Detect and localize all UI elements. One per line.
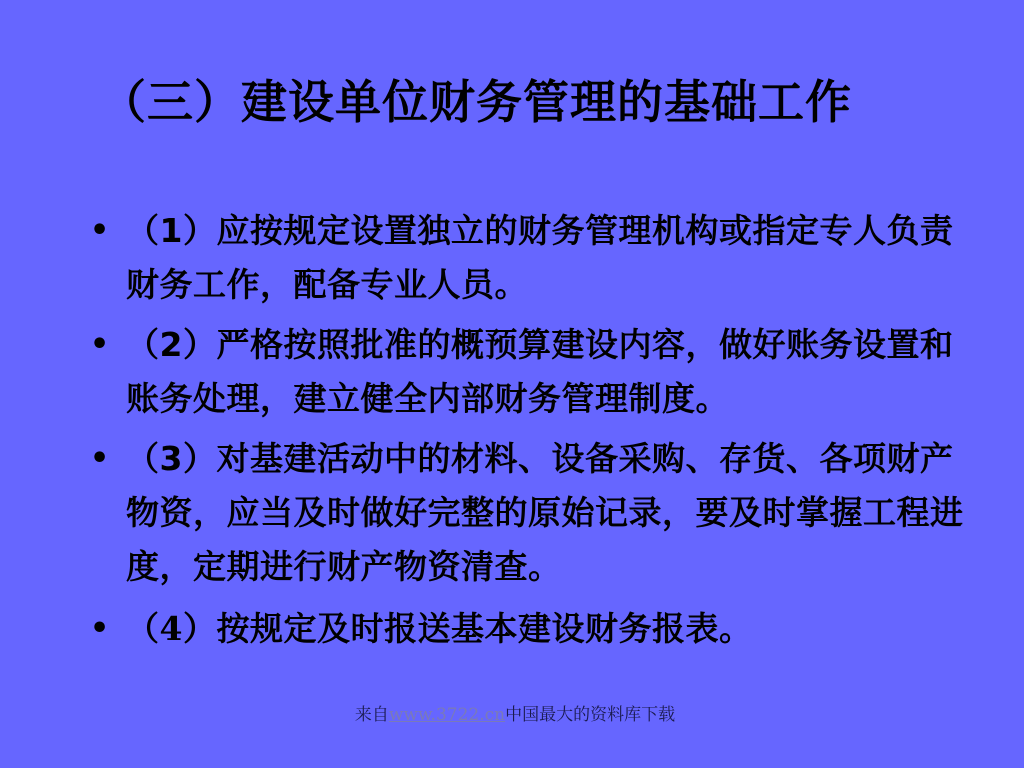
- bullet-dot-icon: •: [90, 318, 110, 372]
- footer-prefix: 来自: [355, 705, 389, 725]
- bullet-item-2: • （2）严格按照批准的概预算建设内容，做好账务设置和账务处理，建立健全内部财务…: [88, 318, 968, 426]
- footer-suffix: 中国最大的资料库下载: [505, 705, 675, 725]
- bullet-dot-icon: •: [90, 204, 110, 258]
- footer-source-link[interactable]: www.3722.cn: [389, 705, 505, 725]
- bullet-text: （1）应按规定设置独立的财务管理机构或指定专人负责财务工作，配备专业人员。: [126, 211, 953, 304]
- slide: （三）建设单位财务管理的基础工作 • （1）应按规定设置独立的财务管理机构或指定…: [0, 0, 1024, 768]
- bullet-dot-icon: •: [90, 602, 110, 656]
- bullet-item-3: • （3）对基建活动中的材料、设备采购、存货、各项财产物资，应当及时做好完整的原…: [88, 432, 968, 594]
- bullet-text: （2）严格按照批准的概预算建设内容，做好账务设置和账务处理，建立健全内部财务管理…: [126, 325, 953, 418]
- bullet-dot-icon: •: [90, 432, 110, 486]
- bullet-item-4: • （4）按规定及时报送基本建设财务报表。: [88, 602, 968, 656]
- bullet-text: （4）按规定及时报送基本建设财务报表。: [126, 609, 752, 648]
- bullet-item-1: • （1）应按规定设置独立的财务管理机构或指定专人负责财务工作，配备专业人员。: [88, 204, 968, 312]
- bullet-text: （3）对基建活动中的材料、设备采购、存货、各项财产物资，应当及时做好完整的原始记…: [126, 439, 964, 586]
- slide-title: （三）建设单位财务管理的基础工作: [100, 66, 960, 138]
- bullet-list: • （1）应按规定设置独立的财务管理机构或指定专人负责财务工作，配备专业人员。 …: [88, 204, 968, 656]
- source-footer: 来自www.3722.cn中国最大的资料库下载: [350, 703, 680, 728]
